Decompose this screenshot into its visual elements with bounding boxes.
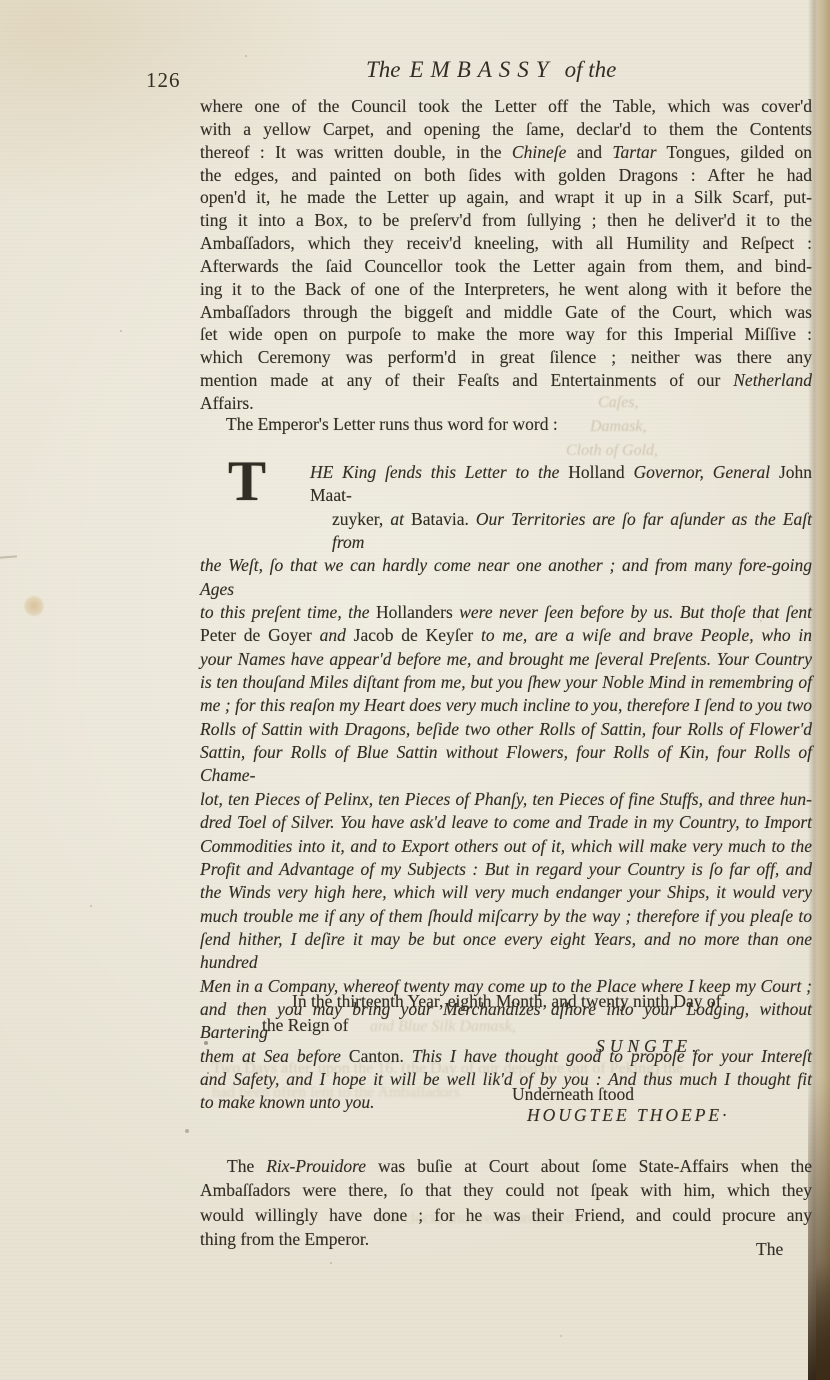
text-line: Sattin, four Rolls of Blue Sattin withou… xyxy=(200,741,812,788)
text-line: thereof : It was written double, in the … xyxy=(200,141,812,164)
text-line: ſend hither, I deſire it may be but once… xyxy=(200,928,812,975)
text-segment: which Ceremony was perform'd in great ſi… xyxy=(200,347,812,367)
catchword: The xyxy=(756,1239,783,1260)
subscript-name: HOUGTEE THOEPE· xyxy=(527,1105,730,1126)
text-segment: ting it into a Box, to be preſerv'd from… xyxy=(200,210,812,230)
letter-introduction-line: The Emperor's Letter runs thus word for … xyxy=(226,414,558,435)
text-segment: to make known unto you. xyxy=(200,1092,374,1112)
text-line: is ten thouſand Miles diſtant from me, b… xyxy=(200,671,812,694)
text-line: which Ceremony was perform'd in great ſi… xyxy=(200,346,812,369)
text-line: them at Sea before Canton. This I have t… xyxy=(200,1045,812,1068)
text-segment: Ambaſſadors through the biggeſt and midd… xyxy=(200,302,812,322)
running-title: TheEMBASSYof the xyxy=(366,57,616,83)
closing-paragraph: The Rix-Prouidore was buſie at Court abo… xyxy=(200,1154,812,1251)
text-segment: dred Toel of Silver. You have ask'd leav… xyxy=(200,812,812,832)
text-line: mention made at any of their Feaſts and … xyxy=(200,369,812,392)
text-segment: thing from the Emperor. xyxy=(200,1229,369,1249)
text-segment: the Weſt, ſo that we can hardly come nea… xyxy=(200,555,812,598)
emphasized-text: Rix-Prouidore xyxy=(266,1156,366,1176)
dateline-line1: In the thirteenth Year, eighth Month, an… xyxy=(292,991,721,1012)
text-segment: ing it to the Back of one of the Interpr… xyxy=(200,279,812,299)
show-through-text: Damask, xyxy=(590,418,646,436)
text-line: your Names have appear'd before me, and … xyxy=(200,648,812,671)
text-segment: lot, ten Pieces of Pelinx, ten Pieces of… xyxy=(200,789,812,809)
text-line: open'd it, he made the Letter up again, … xyxy=(200,186,812,209)
dateline-line2: the Reign of xyxy=(262,1015,349,1036)
underneath-stood-line: Underneath ſtood xyxy=(512,1084,634,1105)
text-segment: me ; for this reaſon my Heart does very … xyxy=(200,695,812,715)
text-segment: Profit and Advantage of my Subjects : Bu… xyxy=(200,859,812,879)
text-segment: would willingly have done ; for he was t… xyxy=(200,1205,812,1225)
text-line: much trouble me if any of them ſhould mi… xyxy=(200,905,812,928)
text-segment: open'd it, he made the Letter up again, … xyxy=(200,187,812,207)
running-title-lead: The xyxy=(366,57,401,82)
text-line: Commodities into it, and to Export other… xyxy=(200,835,812,858)
text-segment: Ambaſſadors, which they receiv'd kneelin… xyxy=(200,233,812,253)
text-segment: mention made at any of their Feaſts and … xyxy=(200,370,733,390)
text-segment: where one of the Council took the Letter… xyxy=(200,96,812,116)
text-line: Ambaſſadors through the biggeſt and midd… xyxy=(200,301,812,324)
text-line: zuyker, at Batavia. Our Territories are … xyxy=(200,508,812,555)
text-segment: to me, are a wiſe and brave People, who … xyxy=(473,625,812,645)
text-line: HE King ſends this Letter to the Holland… xyxy=(200,461,812,508)
running-title-caps: EMBASSY xyxy=(410,57,556,82)
text-line: Profit and Advantage of my Subjects : Bu… xyxy=(200,858,812,881)
emphasized-text: Holland xyxy=(568,462,624,482)
text-line: Afterwards the ſaid Councellor took the … xyxy=(200,255,812,278)
text-segment: thereof : It was written double, in the xyxy=(200,142,512,162)
text-segment: were never ſeen before by us. But thoſe … xyxy=(453,602,812,622)
text-line: the edges, and painted on both ſides wit… xyxy=(200,164,812,187)
text-line: to this preſent time, the Hollanders wer… xyxy=(200,601,812,624)
text-line: me ; for this reaſon my Heart does very … xyxy=(200,694,812,717)
text-line: would willingly have done ; for he was t… xyxy=(200,1203,812,1227)
text-segment: is ten thouſand Miles diſtant from me, b… xyxy=(200,672,812,692)
text-line: Rolls of Sattin with Dragons, beſide two… xyxy=(200,718,812,741)
text-line: The Rix-Prouidore was buſie at Court abo… xyxy=(200,1154,812,1178)
text-segment: Rolls of Sattin with Dragons, beſide two… xyxy=(200,719,812,739)
show-through-text: Cloth of Gold, xyxy=(566,442,658,460)
text-segment: and xyxy=(312,625,354,645)
text-line: where one of the Council took the Letter… xyxy=(200,95,812,118)
text-line: lot, ten Pieces of Pelinx, ten Pieces of… xyxy=(200,788,812,811)
text-line: Affairs. xyxy=(200,392,812,415)
page-number: 126 xyxy=(146,68,181,93)
emphasized-text: Tartar xyxy=(612,142,656,162)
text-segment: Governor, General xyxy=(625,462,779,482)
book-page: Caſes, Damask, Cloth of Gold, Two Days a… xyxy=(0,0,830,1380)
text-line: the Weſt, ſo that we can hardly come nea… xyxy=(200,554,812,601)
text-segment: Ambaſſadors were there, ſo that they cou… xyxy=(200,1180,812,1200)
text-segment: ſend hither, I deſire it may be but once… xyxy=(200,929,812,972)
paper-stain xyxy=(24,595,44,617)
text-line: the Winds very high here, which will ver… xyxy=(200,881,812,904)
text-segment: HE King ſends this Letter to the xyxy=(310,462,568,482)
text-segment: and xyxy=(566,142,612,162)
text-segment: and Safety, and I hope it will be well l… xyxy=(200,1069,812,1089)
text-segment: at xyxy=(383,509,411,529)
emphasized-text: Peter de Goyer xyxy=(200,625,312,645)
text-line: and Safety, and I hope it will be well l… xyxy=(200,1068,812,1091)
text-segment: Sattin, four Rolls of Blue Sattin withou… xyxy=(200,742,812,785)
emphasized-text: Netherland xyxy=(733,370,812,390)
text-segment: much trouble me if any of them ſhould mi… xyxy=(200,906,812,926)
text-line: thing from the Emperor. xyxy=(200,1227,812,1251)
text-segment: Commodities into it, and to Export other… xyxy=(200,836,812,856)
text-line: dred Toel of Silver. You have ask'd leav… xyxy=(200,811,812,834)
text-line: Ambaſſadors were there, ſo that they cou… xyxy=(200,1178,812,1202)
emphasized-text: Canton. xyxy=(349,1046,404,1066)
emphasized-text: Hollanders xyxy=(376,602,453,622)
text-segment: Tongues, gilded on xyxy=(657,142,812,162)
text-line: Peter de Goyer and Jacob de Keyſer to me… xyxy=(200,624,812,647)
emphasized-text: Chineſe xyxy=(512,142,566,162)
text-segment: was buſie at Court about ſome State-Affa… xyxy=(366,1156,812,1176)
text-segment: them at Sea before xyxy=(200,1046,349,1066)
text-segment: to this preſent time, the xyxy=(200,602,376,622)
text-segment: your Names have appear'd before me, and … xyxy=(200,649,812,669)
emphasized-text: zuyker, xyxy=(332,509,383,529)
paper-crease xyxy=(0,555,17,558)
emperor-signature: SUNGTE. xyxy=(596,1036,702,1057)
text-line: ting it into a Box, to be preſerv'd from… xyxy=(200,209,812,232)
text-line: ſet wide open on purpoſe to make the mor… xyxy=(200,323,812,346)
binding-corner-shadow xyxy=(816,1260,830,1380)
text-segment: Affairs. xyxy=(200,393,254,413)
paper-speckles xyxy=(0,0,2,2)
text-segment: with a yellow Carpet, and opening the ſa… xyxy=(200,119,812,139)
text-segment: the edges, and painted on both ſides wit… xyxy=(200,165,812,185)
running-title-tail: of the xyxy=(565,57,617,82)
text-line: ing it to the Back of one of the Interpr… xyxy=(200,278,812,301)
text-line: with a yellow Carpet, and opening the ſa… xyxy=(200,118,812,141)
text-line: Ambaſſadors, which they receiv'd kneelin… xyxy=(200,232,812,255)
emphasized-text: Batavia. xyxy=(411,509,469,529)
text-segment: the Winds very high here, which will ver… xyxy=(200,882,812,902)
text-segment: The xyxy=(227,1156,266,1176)
opening-paragraph: where one of the Council took the Letter… xyxy=(200,95,812,415)
text-segment: ſet wide open on purpoſe to make the mor… xyxy=(200,324,812,344)
text-segment: Afterwards the ſaid Councellor took the … xyxy=(200,256,812,276)
emphasized-text: Jacob de Keyſer xyxy=(354,625,474,645)
